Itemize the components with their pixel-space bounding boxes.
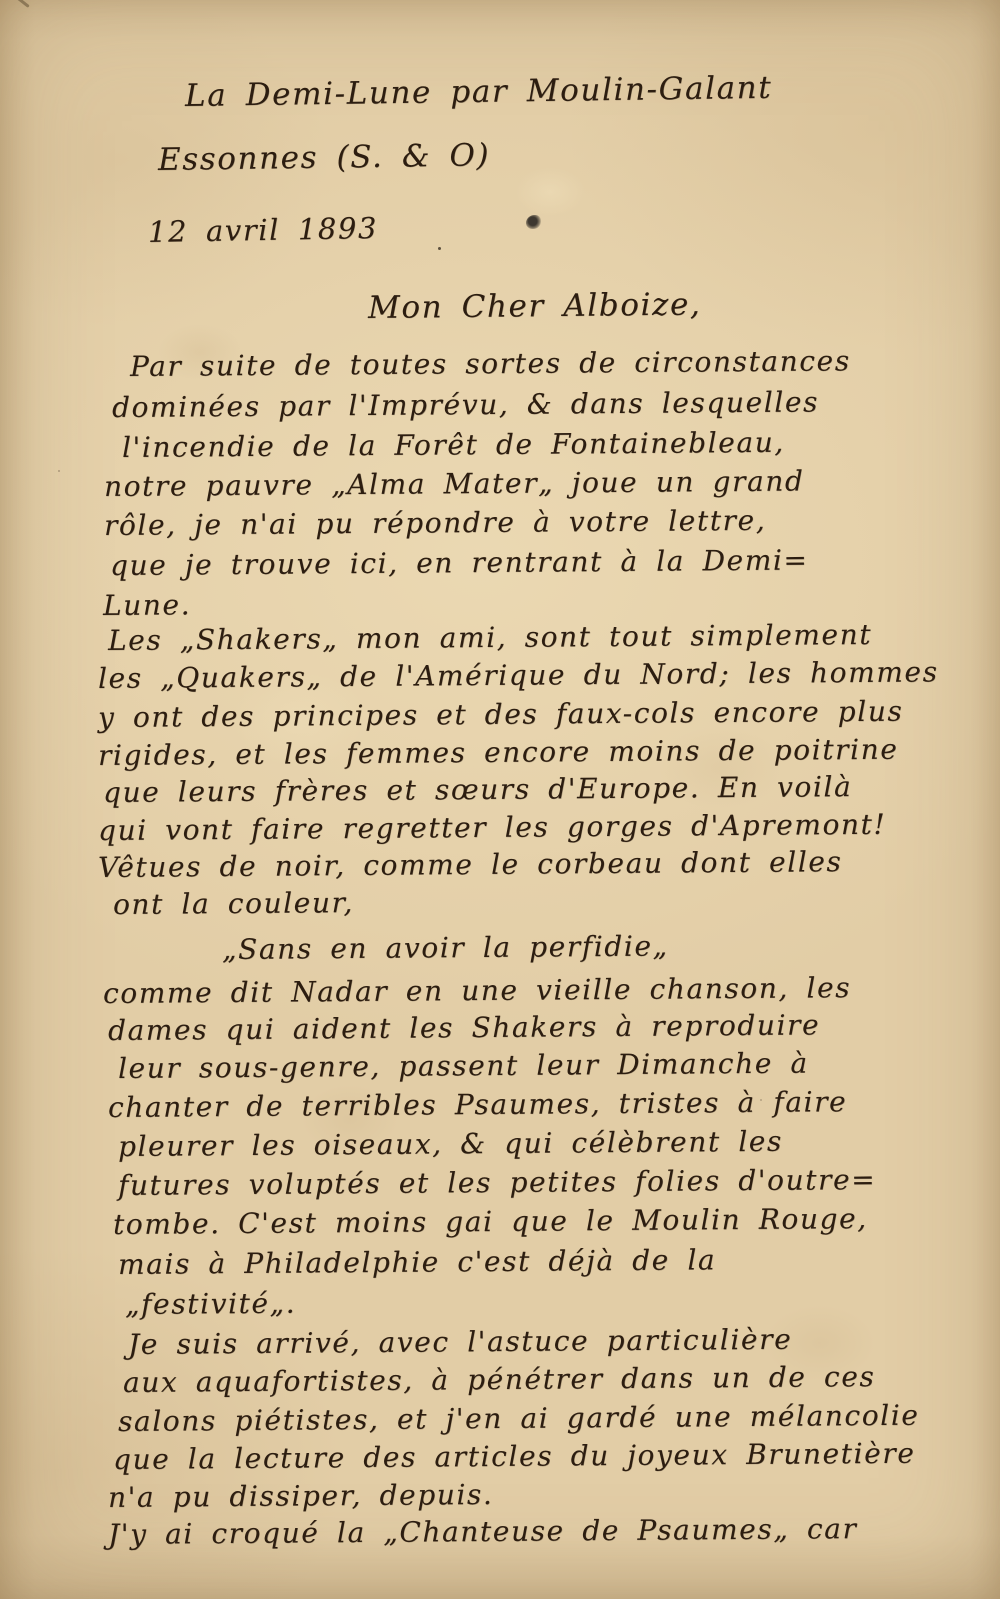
body-line: l'incendie de la Forêt de Fontainebleau,	[122, 426, 785, 464]
body-line: leur sous-genre, passent leur Dimanche à	[118, 1047, 809, 1085]
paper-speck	[58, 470, 60, 472]
body-line: salons piétistes, et j'en ai gardé une m…	[118, 1399, 920, 1438]
body-line: que la lecture des articles du joyeux Br…	[113, 1437, 916, 1476]
body-line: Par suite de toutes sortes de circonstan…	[130, 344, 851, 383]
body-line: mais à Philadelphie c'est déjà de la	[118, 1243, 717, 1281]
body-line: que je trouve ici, en rentrant à la Demi…	[110, 544, 809, 582]
body-line: rigides, et les femmes encore moins de p…	[98, 733, 899, 772]
letter-page: La Demi-Lune par Moulin-Galant Essonnes …	[0, 0, 1000, 1599]
body-line: rôle, je n'ai pu répondre à votre lettre…	[104, 504, 767, 542]
body-line: comme dit Nadar en une vieille chanson, …	[103, 971, 851, 1010]
body-line: ont la couleur,	[113, 886, 354, 921]
body-line: notre pauvre „Alma Mater„ joue un grand	[104, 464, 805, 503]
ink-speck	[438, 247, 441, 250]
body-line: futures voluptés et les petites folies d…	[118, 1163, 876, 1202]
body-line: pleurer les oiseaux, & qui célèbrent les	[118, 1125, 783, 1163]
body-line: J'y ai croqué la „Chanteuse de Psaumes„ …	[108, 1512, 858, 1551]
body-line: les „Quakers„ de l'Amérique du Nord; les…	[98, 655, 939, 695]
sender-place-line-1: La Demi-Lune par Moulin-Galant	[185, 70, 773, 114]
body-line: aux aquafortistes, à pénétrer dans un de…	[123, 1360, 876, 1399]
body-line: n'a pu dissiper, depuis.	[108, 1478, 494, 1514]
salutation-line: Mon Cher Alboize,	[368, 287, 702, 326]
corner-pencil-mark	[4, 0, 29, 8]
date-line: 12 avril 1893	[148, 211, 379, 249]
body-line: „festivité„.	[125, 1287, 296, 1321]
quote-line: „Sans en avoir la perfidie„	[222, 929, 669, 966]
body-line: dominées par l'Imprévu, & dans lesquelle…	[112, 385, 819, 424]
body-line: dames qui aident les Shakers à reproduir…	[108, 1008, 820, 1047]
paper-speck	[760, 1099, 762, 1101]
body-line: que leurs frères et sœurs d'Europe. En v…	[103, 770, 853, 809]
body-line: Je suis arrivé, avec l'astuce particuliè…	[128, 1323, 793, 1361]
body-line: Les „Shakers„ mon ami, sont tout simplem…	[108, 618, 872, 657]
body-line: Lune.	[103, 588, 191, 622]
body-line: y ont des principes et des faux-cols enc…	[98, 695, 904, 734]
sender-place-line-2: Essonnes (S. & O)	[158, 137, 491, 178]
ink-blot	[526, 215, 541, 229]
body-line: tombe. C'est moins gai que le Moulin Rou…	[113, 1202, 868, 1241]
body-line: chanter de terribles Psaumes, tristes à …	[108, 1085, 848, 1124]
body-line: qui vont faire regretter les gorges d'Ap…	[98, 808, 887, 847]
body-line: Vêtues de noir, comme le corbeau dont el…	[98, 845, 843, 884]
